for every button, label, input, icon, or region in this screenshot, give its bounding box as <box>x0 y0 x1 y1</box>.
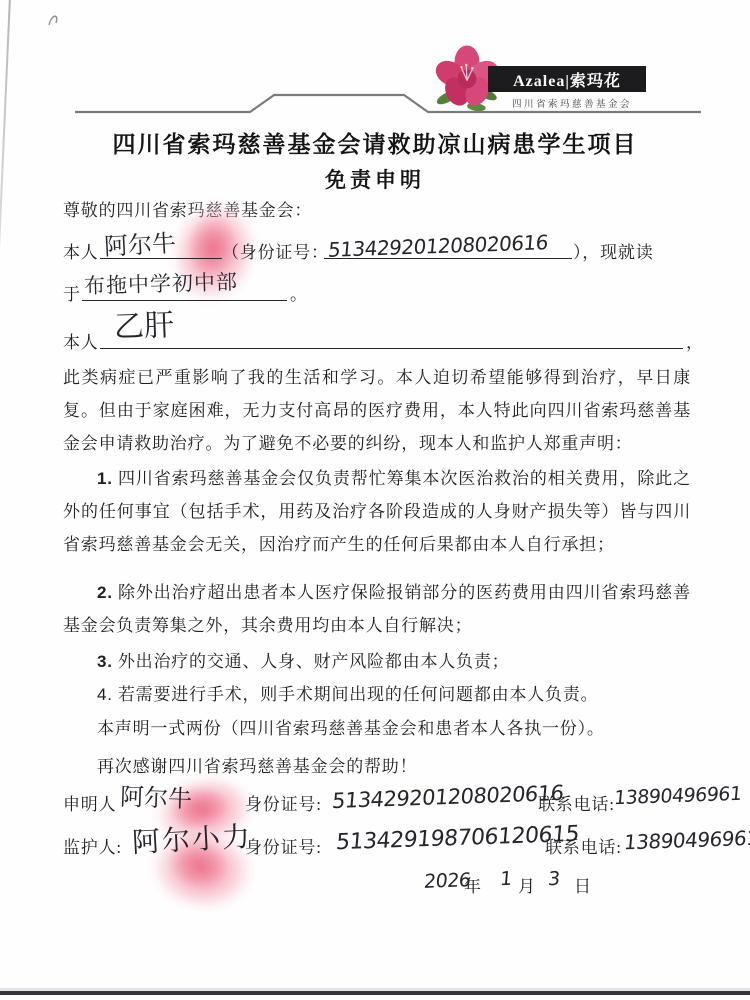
item-1: 1. 四川省索玛慈善基金会仅负责帮忙筹集本次医治救治的相关费用，除此之外的任何事… <box>63 462 691 561</box>
handwritten-declarant-phone: 13890496961 <box>613 785 742 809</box>
day-label: 日 <box>574 872 592 897</box>
condition-field-line <box>100 348 683 349</box>
copies-note: 本声明一式两份（四川省索玛慈善基金会和患者本人各执一份）。 <box>63 712 691 745</box>
logo-org-name: 四川省索玛慈善基金会 <box>492 96 652 110</box>
item-2-number: 2. <box>97 583 113 602</box>
id-open-label: （身份证号： <box>222 238 329 263</box>
handwritten-day: 3 <box>547 870 560 889</box>
id-close-suffix: ），现就读 <box>573 238 654 263</box>
item-1-text: 四川省索玛慈善基金会仅负责帮忙筹集本次医治救治的相关费用，除此之外的任何事宜（包… <box>63 469 691 554</box>
item-3-number: 3. <box>97 652 113 671</box>
logo-banner: Azalea|索玛花 <box>488 66 646 92</box>
condition-label: 本人 <box>63 328 99 353</box>
handwritten-guardian-id: 513429198706120615 <box>335 824 580 855</box>
condition-comma: ， <box>686 328 704 353</box>
school-field-line <box>82 300 287 301</box>
month-label: 月 <box>518 872 536 897</box>
year-label: 年 <box>464 872 482 897</box>
logo-banner-text: Azalea|索玛花 <box>513 68 621 91</box>
guardian-label: 监护人: <box>63 833 122 858</box>
item-3: 3. 外出治疗的交通、人身、财产风险都由本人负责； <box>63 645 691 678</box>
guardian-id-label: 身份证号: <box>245 833 322 858</box>
item-3-text: 外出治疗的交通、人身、财产风险都由本人负责； <box>118 652 510 671</box>
handwritten-condition: 乙肝 <box>113 311 174 343</box>
handwritten-declarant-id: 513429201208020616 <box>331 783 564 812</box>
item-2: 2. 除外出治疗超出患者本人医疗保险报销部分的医药费用由四川省索玛慈善基金会负责… <box>63 576 691 642</box>
declarant-label: 申明人 <box>63 790 116 815</box>
handwritten-declarant-name: 阿尔牛 <box>120 785 193 811</box>
item-1-number: 1. <box>97 469 113 488</box>
handwritten-name: 阿尔牛 <box>103 231 176 259</box>
item-4: 4. 若需要进行手术，则手术期间出现的任何问题都由本人负责。 <box>63 678 691 711</box>
item-4-text: 若需要进行手术，则手术期间出现的任何问题都由本人负责。 <box>118 685 599 704</box>
guardian-phone-label: 联系电话: <box>545 833 622 858</box>
document-subtitle: 免责申明 <box>0 164 750 194</box>
declarant-phone-label: 联系电话: <box>538 790 615 815</box>
school-prefix: 于 <box>63 280 81 305</box>
handwritten-id: 513429201208020616 <box>327 232 549 260</box>
handwritten-guardian-name: 阿尔小力 <box>131 823 252 857</box>
item-4-number: 4. <box>97 685 113 704</box>
thanks-line: 再次感谢四川省索玛慈善基金会的帮助！ <box>63 750 691 783</box>
self-label: 本人 <box>63 238 99 263</box>
handwritten-school: 布拖中学初中部 <box>84 272 238 297</box>
handwritten-guardian-phone: 13890496961 <box>623 828 750 853</box>
handwritten-month: 1 <box>499 870 512 889</box>
school-period: 。 <box>290 280 308 305</box>
declarant-id-label: 身份证号: <box>245 790 322 815</box>
foundation-logo: Azalea|索玛花 四川省索玛慈善基金会 <box>420 38 690 118</box>
item-2-text: 除外出治疗超出患者本人医疗保险报销部分的医药费用由四川省索玛慈善基金会负责筹集之… <box>63 583 691 635</box>
scan-edge-bottom <box>0 991 750 995</box>
scanned-disclaimer-document: Azalea|索玛花 四川省索玛慈善基金会 四川省索玛慈善基金会请救助凉山病患学… <box>0 0 750 1000</box>
document-title: 四川省索玛慈善基金会请救助凉山病患学生项目 <box>0 126 750 159</box>
body-paragraph: 此类病症已严重影响了我的生活和学习。本人迫切希望能够得到治疗，早日康复。但由于家… <box>63 361 691 460</box>
